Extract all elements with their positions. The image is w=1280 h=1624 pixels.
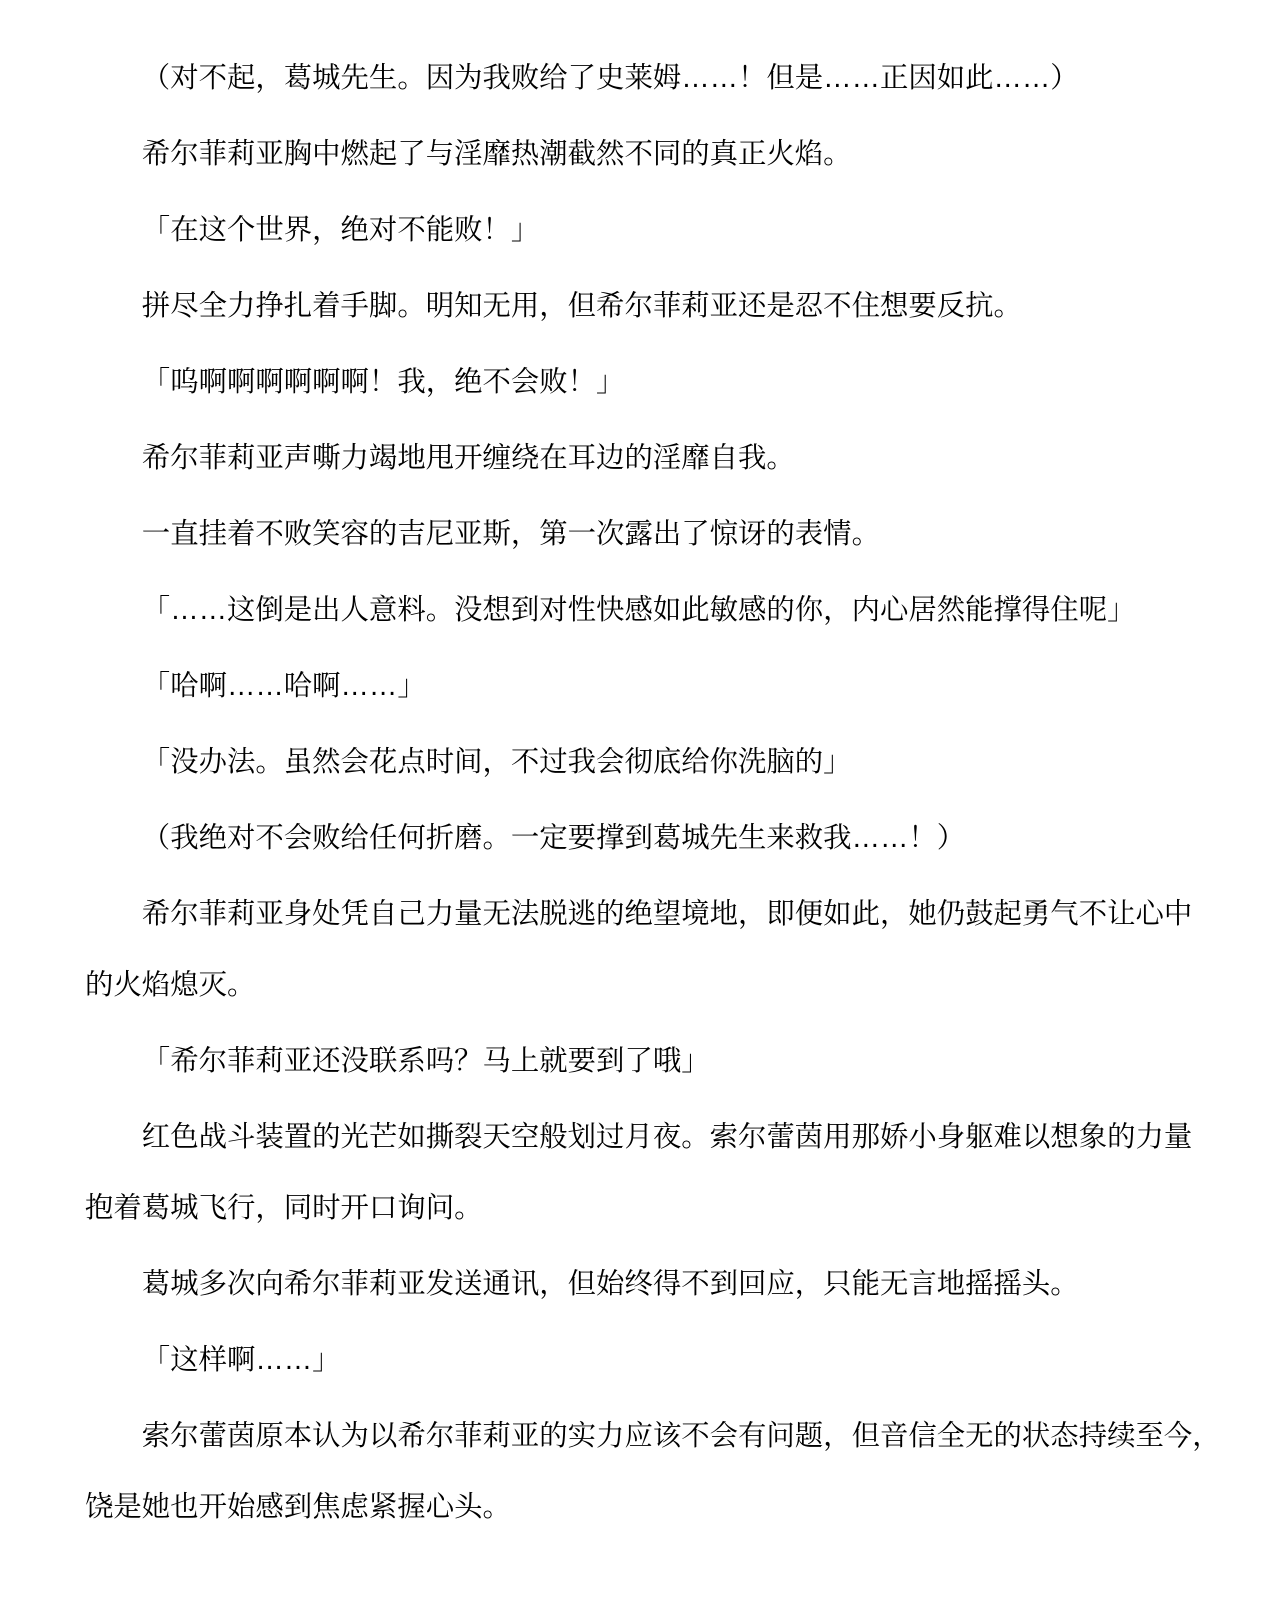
paragraph-dialogue: 「呜啊啊啊啊啊啊！我，绝不会败！」 bbox=[85, 347, 1195, 418]
paragraph-narration: 葛城多次向希尔菲莉亚发送通讯，但始终得不到回应，只能无言地摇摇头。 bbox=[85, 1249, 1195, 1320]
text-line: 「呜啊啊啊啊啊啊！我，绝不会败！」 bbox=[85, 347, 1195, 418]
text-line: 「没办法。虽然会花点时间，不过我会彻底给你洗脑的」 bbox=[85, 727, 1195, 798]
text-line: （对不起，葛城先生。因为我败给了史莱姆……！但是……正因如此……） bbox=[85, 43, 1195, 114]
text-line: 拼尽全力挣扎着手脚。明知无用，但希尔菲莉亚还是忍不住想要反抗。 bbox=[85, 271, 1195, 342]
paragraph-dialogue: 「……这倒是出人意料。没想到对性快感如此敏感的你，内心居然能撑得住呢」 bbox=[85, 575, 1195, 646]
text-line: 「……这倒是出人意料。没想到对性快感如此敏感的你，内心居然能撑得住呢」 bbox=[85, 575, 1195, 646]
text-body: （对不起，葛城先生。因为我败给了史莱姆……！但是……正因如此……）希尔菲莉亚胸中… bbox=[85, 43, 1195, 1543]
text-line: 「在这个世界，绝对不能败！」 bbox=[85, 195, 1195, 266]
text-line: 「这样啊……」 bbox=[85, 1325, 1195, 1396]
paragraph-narration: 希尔菲莉亚胸中燃起了与淫靡热潮截然不同的真正火焰。 bbox=[85, 119, 1195, 190]
paragraph-narration: 希尔菲莉亚身处凭自己力量无法脱逃的绝望境地，即便如此，她仍鼓起勇气不让心中的火焰… bbox=[85, 879, 1195, 1021]
document-page: （对不起，葛城先生。因为我败给了史莱姆……！但是……正因如此……）希尔菲莉亚胸中… bbox=[0, 0, 1280, 1624]
paragraph-thought: （我绝对不会败给任何折磨。一定要撑到葛城先生来救我……！） bbox=[85, 803, 1195, 874]
paragraph-dialogue: 「希尔菲莉亚还没联系吗？马上就要到了哦」 bbox=[85, 1026, 1195, 1097]
paragraph-narration: 红色战斗装置的光芒如撕裂天空般划过月夜。索尔蕾茵用那娇小身躯难以想象的力量抱着葛… bbox=[85, 1102, 1195, 1244]
paragraph-dialogue: 「这样啊……」 bbox=[85, 1325, 1195, 1396]
text-line: 希尔菲莉亚胸中燃起了与淫靡热潮截然不同的真正火焰。 bbox=[85, 119, 1195, 190]
text-line: 饶是她也开始感到焦虑紧握心头。 bbox=[85, 1472, 1195, 1543]
paragraph-narration: 一直挂着不败笑容的吉尼亚斯，第一次露出了惊讶的表情。 bbox=[85, 499, 1195, 570]
paragraph-dialogue: 「没办法。虽然会花点时间，不过我会彻底给你洗脑的」 bbox=[85, 727, 1195, 798]
paragraph-thought: （对不起，葛城先生。因为我败给了史莱姆……！但是……正因如此……） bbox=[85, 43, 1195, 114]
text-line: 红色战斗装置的光芒如撕裂天空般划过月夜。索尔蕾茵用那娇小身躯难以想象的力量 bbox=[85, 1102, 1195, 1173]
text-line: 葛城多次向希尔菲莉亚发送通讯，但始终得不到回应，只能无言地摇摇头。 bbox=[85, 1249, 1195, 1320]
paragraph-dialogue: 「哈啊……哈啊……」 bbox=[85, 651, 1195, 722]
text-line: 抱着葛城飞行，同时开口询问。 bbox=[85, 1173, 1195, 1244]
text-line: 「哈啊……哈啊……」 bbox=[85, 651, 1195, 722]
text-line: 的火焰熄灭。 bbox=[85, 950, 1195, 1021]
text-line: 希尔菲莉亚身处凭自己力量无法脱逃的绝望境地，即便如此，她仍鼓起勇气不让心中 bbox=[85, 879, 1195, 950]
paragraph-narration: 索尔蕾茵原本认为以希尔菲莉亚的实力应该不会有问题，但音信全无的状态持续至今，饶是… bbox=[85, 1401, 1195, 1543]
paragraph-narration: 拼尽全力挣扎着手脚。明知无用，但希尔菲莉亚还是忍不住想要反抗。 bbox=[85, 271, 1195, 342]
text-line: 索尔蕾茵原本认为以希尔菲莉亚的实力应该不会有问题，但音信全无的状态持续至今， bbox=[85, 1401, 1195, 1472]
text-line: 希尔菲莉亚声嘶力竭地甩开缠绕在耳边的淫靡自我。 bbox=[85, 423, 1195, 494]
paragraph-dialogue: 「在这个世界，绝对不能败！」 bbox=[85, 195, 1195, 266]
text-line: （我绝对不会败给任何折磨。一定要撑到葛城先生来救我……！） bbox=[85, 803, 1195, 874]
text-line: 「希尔菲莉亚还没联系吗？马上就要到了哦」 bbox=[85, 1026, 1195, 1097]
paragraph-narration: 希尔菲莉亚声嘶力竭地甩开缠绕在耳边的淫靡自我。 bbox=[85, 423, 1195, 494]
text-line: 一直挂着不败笑容的吉尼亚斯，第一次露出了惊讶的表情。 bbox=[85, 499, 1195, 570]
